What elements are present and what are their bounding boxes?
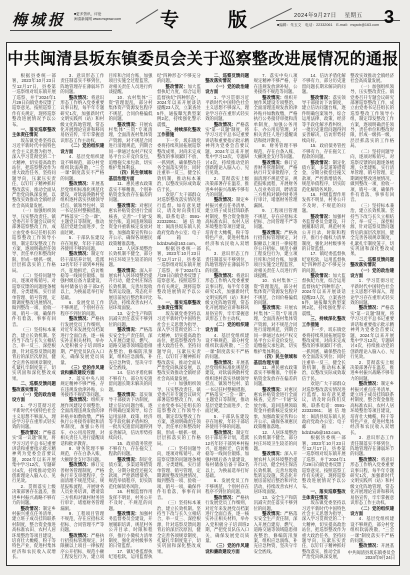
body-paragraph: 整改情况：严格落实“第一议题”制度，将学习习近平总书记重要讲话和重要指示批示精神… <box>350 305 394 359</box>
body-paragraph: 整改情况：制定乡村振兴重点任务清单，建立班子成员挂钩联系村制度，整合资金推进高标… <box>12 506 56 560</box>
paragraph-lead: 整改情况： <box>214 360 236 365</box>
paragraph-lead: 整改情况： <box>69 95 91 100</box>
body-paragraph: 整改情况：深入开展农村人居环境整治提升行动，健全村庄保洁长效机制，完善垃圾收集转… <box>254 451 298 494</box>
paragraph-lead: 整改情况： <box>214 430 236 435</box>
body-paragraph: （一）党的政治建设方面 <box>350 268 394 279</box>
body-paragraph: 整改情况：加强村务监督委员会建设，开展履职培训，规范村务公开目录、时限和程序，推… <box>302 214 346 252</box>
body-paragraph: 整改情况：制定乡村振兴重点任务清单，建立班子成员挂钩联系村制度，整合资金推进高标… <box>350 381 394 435</box>
body-paragraph: 2．贯彻落实上级决策部署存在温差，推进乡村振兴战略不够有力的问题。 <box>205 176 249 198</box>
body-paragraph: 整改情况：开展农村集体“三资”专项清理，全面清查村集体资产资源，对不规范合同进行… <box>109 122 153 171</box>
body-paragraph: 整改情况：严格落实“第一议题”制度，将学习习近平总书记重要讲话和重要指示批示精神… <box>12 430 56 484</box>
body-paragraph: （一）党的政治建设方面 <box>12 392 56 403</box>
paragraph-lead: 整改情况： <box>262 387 284 392</box>
body-paragraph: 下一步，坂东镇党委将持续巩固拓展巡察整改成果，对尚未完成整改的事项紧盯不放、一抓… <box>157 138 201 192</box>
article-box: 中共闽清县坂东镇委员会关于巡察整改进展情况的通报 根据县委统一部署，2023年1… <box>6 42 400 566</box>
body-paragraph: 三、持续深化整改工作措施 <box>157 127 201 138</box>
body-paragraph: 整改情况：将意识形态工作纳入党委重要议事日程，每半年专题研究1次，加强新时代文明… <box>350 457 394 506</box>
body-paragraph: 整改情况：深入开展农村人居环境整治提升行动，健全村庄保洁长效机制，完善垃圾收集转… <box>109 268 153 311</box>
paragraph-lead: 整改情况： <box>262 511 284 516</box>
body-paragraph: 8．财务管理不够规范，存在白条入账、大额现金支付等问题。 <box>60 446 104 462</box>
paragraph-lead: 整改情况： <box>262 160 284 165</box>
body-paragraph: 6．发展党员工作不够规范，个别村存在程序不到位的问题。 <box>205 478 249 494</box>
paragraph-lead: 整改情况： <box>117 203 139 208</box>
body-paragraph: 整改情况：将意识形态工作纳入党委重要议事日程，每半年专题研究1次，加强新时代文明… <box>60 95 104 144</box>
paragraph-lead: 整改情况： <box>117 268 139 273</box>
body-paragraph: 整改情况：对惠民惠农补贴资金进行全面核查，完善“一卡通”发放台账，追回违规领取资… <box>254 387 298 430</box>
body-paragraph: 整改情况：严格落实“第一议题”制度，将学习习近平总书记重要讲话和重要指示批示精神… <box>205 122 249 176</box>
body-paragraph: 整改情况：制定化债方案，多渠道筹措资金，分期分批偿还拖欠款项，严控新增债务，规范… <box>302 160 346 192</box>
body-paragraph: （三）党的作风建设和廉政建设方面 <box>60 365 104 376</box>
body-paragraph: 一、落实巡察整改主体责任情况 <box>157 300 201 311</box>
paragraph-lead: 整改情况： <box>117 457 139 462</box>
body-paragraph: 10．农村集体“三资”管理混乱，部分村集体资产资源发包程序不规范、合同价格偏低的… <box>109 95 153 122</box>
body-paragraph: 整改情况：严格落实安全生产责任制，深入开展自建房、燃气、道路交通等领域隐患排查整… <box>254 511 298 554</box>
section-label-char1: 专 <box>160 5 179 32</box>
body-paragraph: 根据县委统一部署，2023年10月23日至12月17日，县委第一巡察组对坂东镇开… <box>12 73 56 127</box>
body-paragraph: （三）坚持标本兼治，建立长效机制。坚持当下改与长久立相结合，举一反三、深挖根源，… <box>12 327 56 381</box>
weekday-text: 星期五 <box>345 13 363 19</box>
body-paragraph: 整改情况：组织开展作风建设专项整治，全面清理违规发放的津补贴并如数收缴，严格执行… <box>60 397 104 446</box>
body-paragraph: 7．落实中央八项规定精神不够严格，存在违规发放津补贴、公务接待不规范等问题。 <box>60 376 104 398</box>
masthead-info-line2: 闽清新闻网 www.mqxww.com <box>74 17 121 22</box>
signature-date: 2024年9月24日 <box>343 555 395 561</box>
body-paragraph: 整改情况：开展农村集体“三资”专项清理，全面清查村集体资产资源，对不规范合同进行… <box>254 305 298 354</box>
article-signature: 中共闽清县坂东镇委员会 2024年9月24日 <box>340 548 396 562</box>
body-paragraph: 14．信访矛盾化解不够有力，部分历史遗留问题长期未解决的问题。 <box>109 370 153 392</box>
body-paragraph: 15．政府债务管控不够有力，存在拖欠工程款的问题。 <box>109 441 153 457</box>
paragraph-lead: 整改情况： <box>117 122 139 127</box>
body-paragraph: （二）党的组织建设方面 <box>205 322 249 333</box>
body-paragraph: 整改情况：制定年轻干部培养计划，选派12名年轻干部到乡村振兴、征地拆迁、信访维稳… <box>205 430 249 479</box>
body-paragraph: 一、落实巡察整改主体责任情况 <box>12 127 56 138</box>
paragraph-lead: 整改情况： <box>21 506 43 511</box>
paragraph-lead: 整改情况： <box>214 122 236 127</box>
body-paragraph: 欢迎广大干部群众对巡察整改落实情况进行监督。如有意见建议，请及时向我们反映。联系… <box>302 381 346 435</box>
paragraph-lead: 整改情况： <box>117 392 139 397</box>
body-paragraph: （三）党的作风建设和廉政建设方面 <box>205 543 249 554</box>
body-paragraph: 整改情况：修订完善财务管理制度，严格执行开支审批程序，全面清理不规范凭证，规范报… <box>254 160 298 209</box>
paragraph-lead: 整改情况： <box>69 181 91 186</box>
paragraph-lead: 整改情况： <box>310 214 332 219</box>
body-paragraph: 整改情况：严格执行发展党员工作细则，对近年来发展党员档案进行全面自查，逐一核实补… <box>60 316 104 365</box>
paragraph-lead: 整改情况： <box>310 273 332 278</box>
body-paragraph: 5．干部队伍建设存在短板，年轻干部培养使用不够的问题。 <box>205 414 249 430</box>
body-paragraph: 整改情况：严格执行发展党员工作细则，对近年来发展党员档案进行全面自查，逐一核实补… <box>205 495 249 544</box>
paragraph-lead: 整改情况： <box>166 84 188 89</box>
body-paragraph: 13．安全生产和防汛减灾责任落实不够到位的问题。 <box>254 495 298 511</box>
body-paragraph: 坂东镇党委坚持以习近平新时代中国特色社会主义思想为指导，深入学习贯彻党的二十大精… <box>12 138 56 208</box>
paragraph-lead: 整改情况： <box>117 511 139 516</box>
body-paragraph: 5．干部队伍建设存在短板，年轻干部培养使用不够的问题。 <box>60 235 104 251</box>
body-paragraph: 整改情况：制定乡村振兴重点任务清单，建立班子成员挂钩联系村制度，整合资金推进高标… <box>205 197 249 251</box>
body-paragraph: 10．农村集体“三资”管理混乱，部分村集体资产资源发包程序不规范、合同价格偏低的… <box>254 278 298 305</box>
paragraph-lead: 整改情况： <box>214 197 236 202</box>
paragraph-lead: 整改情况： <box>310 95 332 100</box>
body-paragraph: （一）加强组织领导，压实整改责任。镇党委召开专题会议研究部署巡察整改工作，成立由… <box>12 208 56 273</box>
paragraph-lead: 整改情况： <box>214 495 236 500</box>
body-paragraph: 13．安全生产和防汛减灾责任落实不够到位的问题。 <box>109 311 153 327</box>
body-paragraph: 1．学习贯彻习近平新时代中国特色社会主义思想不够深入，理论学习存在重形式轻实效的… <box>350 278 394 305</box>
body-paragraph: （二）坚持问题导向，逐项对账销号。对巡察反馈的问题逐条梳理、分类建账，实行清单管… <box>12 273 56 327</box>
body-paragraph: 3．意识形态工作责任制落实不够到位，阵地管理存在薄弱环节的问题。 <box>350 435 394 457</box>
editor-contact-line: ■编辑：朱玉文 电话：22332061 E-mail：mqxcb@163.com <box>277 23 379 28</box>
body-paragraph: 整改情况：将意识形态工作纳入党委重要议事日程，每半年专题研究1次，加强新时代文明… <box>205 273 249 322</box>
body-paragraph: （一）加强组织领导，压实整改责任。镇党委召开专题会议研究部署巡察整改工作，成立由… <box>350 84 394 149</box>
paragraph-lead: 整改情况： <box>310 160 332 165</box>
article-headline: 中共闽清县坂东镇委员会关于巡察整改进展情况的通报 <box>7 46 399 69</box>
body-paragraph: 整改情况：制定化债方案，多渠道筹措资金，分期分批偿还拖欠款项，严控新增债务，规范… <box>109 457 153 489</box>
body-paragraph: 整改情况：严格执行招投标管理规定，对限额以上项目一律按程序公开招标，规范小额工程… <box>254 230 298 279</box>
body-paragraph: 6．发展党员工作不够规范，个别村存在程序不到位的问题。 <box>60 300 104 316</box>
paragraph-lead: 整改情况： <box>69 397 91 402</box>
body-paragraph: （二）坚持问题导向，逐项对账销号。对巡察反馈的问题逐条梳理、分类建账，实行清单管… <box>350 149 394 203</box>
body-paragraph: 16．村级监督作用发挥不明显，村务公开不及时、不规范的问题。 <box>302 192 346 214</box>
body-paragraph: 整改情况：加强村务监督委员会建设，开展履职培训，规范村务公开目录、时限和程序，推… <box>109 511 153 549</box>
paragraph-lead: 整改情况： <box>359 305 381 310</box>
body-paragraph: 整改情况：开展基层党组织标准化规范化建设，对软弱涣散村党组织逐村落实县级领导挂点… <box>205 360 249 414</box>
body-paragraph: 整改情况：落实领导干部接访下访制度，建立信访问题台账，逐件明确包案领导，综合运用… <box>302 95 346 144</box>
date-divider <box>276 20 400 21</box>
body-paragraph: （二）党的组织建设方面 <box>60 143 104 154</box>
body-paragraph: 17．镇纪委监督执纪宽松软，运用监督执纪“四种形态”不够充分的问题。 <box>302 251 346 273</box>
paragraph-lead: 整改情况： <box>214 273 236 278</box>
body-paragraph: 12．人居环境整治长效机制不健全，部分村庄环境卫生较差的问题。 <box>109 246 153 268</box>
article-body: 根据县委统一部署，2023年10月23日至12月17日，县委第一巡察组对坂东镇开… <box>12 73 394 561</box>
paragraph-lead: 整改情况： <box>69 462 91 467</box>
paragraph-lead: 整改情况： <box>69 533 91 538</box>
body-paragraph: （二）党的组织建设方面 <box>350 506 394 517</box>
body-paragraph: 3．意识形态工作责任制落实不够到位，阵地管理存在薄弱环节的问题。 <box>205 251 249 273</box>
body-paragraph: 整改情况：严格落实安全生产责任制，深入开展自建房、燃气、道路交通等领域隐患排查整… <box>109 327 153 370</box>
body-paragraph: （一）党的政治建设方面 <box>205 84 249 95</box>
body-paragraph: 整改情况：修订完善财务管理制度，严格执行开支审批程序，全面清理不规范凭证，规范报… <box>60 462 104 511</box>
body-paragraph: 欢迎广大干部群众对巡察整改落实情况进行监督。如有意见建议，请及时向我们反映。联系… <box>157 192 201 246</box>
body-paragraph: 整改情况：落实领导干部接访下访制度，建立信访问题台账，逐件明确包案领导，综合运用… <box>109 392 153 441</box>
body-paragraph: 3．意识形态工作责任制落实不够到位，阵地管理存在薄弱环节的问题。 <box>60 73 104 95</box>
page-header: 梅城报 ■更多资讯，评论 闽清新闻网 www.mqxww.com 专 版 202… <box>0 0 410 41</box>
body-paragraph: 15．政府债务管控不够有力，存在拖欠工程款的问题。 <box>302 143 346 159</box>
body-paragraph: 一、落实巡察整改主体责任情况 <box>302 489 346 500</box>
paragraph-lead: 整改情况： <box>359 381 381 386</box>
masthead-info: ■更多资讯，评论 闽清新闻网 www.mqxww.com <box>74 12 121 22</box>
body-paragraph: 根据县委统一部署，2023年10月23日至12月17日，县委第一巡察组对坂东镇开… <box>302 435 346 489</box>
section-label-char2: 版 <box>228 5 247 32</box>
body-paragraph: 整改情况：加大监督执纪力度，综合运用监督执纪“四种形态”，2024年以来开展谈话… <box>157 84 201 127</box>
body-paragraph: 7．落实中央八项规定精神不够严格，存在违规发放津补贴、公务接待不规范等问题。 <box>254 73 298 95</box>
body-paragraph: 整改情况：对惠民惠农补贴资金进行全面核查，完善“一卡通”发放台账，追回违规领取资… <box>109 203 153 246</box>
body-paragraph: 二、巡察反馈问题整改落实情况 <box>205 73 249 84</box>
issue-date: 2024年9月27日星期五 <box>294 11 363 19</box>
paragraph-lead: 整改情况： <box>359 457 381 462</box>
body-paragraph: 整改情况：组织开展作风建设专项整治，全面清理违规发放的津补贴并如数收缴，严格执行… <box>254 95 298 144</box>
newspaper-logo: 梅城报 <box>12 9 66 30</box>
body-paragraph: （一）加强组织领导，压实整改责任。镇党委召开专题会议研究部署巡察整改工作，成立由… <box>157 381 201 446</box>
body-paragraph: 整改情况：开展基层党组织标准化规范化建设，对软弱涣散村党组织逐村落实县级领导挂点… <box>60 181 104 235</box>
paragraph-lead: 整改情况： <box>262 230 284 235</box>
body-paragraph: 8．财务管理不够规范，存在白条入账、大额现金支付等问题。 <box>254 143 298 159</box>
paragraph-lead: 整改情况： <box>117 327 139 332</box>
body-paragraph: （三）坚持标本兼治，建立长效机制。坚持当下改与长久立相结合，举一反三、深挖根源，… <box>157 500 201 554</box>
body-paragraph: （四）民生领域和基层治理方面 <box>109 170 153 181</box>
body-paragraph: （二）坚持问题导向，逐项对账销号。对巡察反馈的问题逐条梳理、分类建账，实行清单管… <box>157 446 201 500</box>
body-paragraph: 整改情况：加大监督执纪力度，综合运用监督执纪“四种形态”，2024年以来开展谈话… <box>302 273 346 316</box>
paragraph-lead: 整改情况： <box>69 316 91 321</box>
body-paragraph: 11．惠民惠农政策落实不够精准，个别补贴资金发放存在偏差的问题。 <box>109 181 153 203</box>
body-paragraph: 4．基层党组织建设不够规范，部分村党组织软弱涣散，“三会一课”制度落实不严格的问… <box>205 333 249 360</box>
body-paragraph: 1．学习贯彻习近平新时代中国特色社会主义思想不够深入，理论学习存在重形式轻实效的… <box>205 95 249 122</box>
paragraph-lead: 整改情况： <box>21 430 43 435</box>
body-paragraph: 4．基层党组织建设不够规范，部分村党组织软弱涣散，“三会一课”制度落实不严格的问… <box>350 516 394 543</box>
body-paragraph: 根据县委统一部署，2023年10月23日至12月17日，县委第一巡察组对坂东镇开… <box>157 246 201 300</box>
paragraph-lead: 整改情况： <box>262 305 284 310</box>
body-paragraph: 1．学习贯彻习近平新时代中国特色社会主义思想不够深入，理论学习存在重形式轻实效的… <box>12 403 56 430</box>
body-paragraph: 11．惠民惠农政策落实不够精准，个别补贴资金发放存在偏差的问题。 <box>254 365 298 387</box>
body-paragraph: 2．贯彻落实上级决策部署存在温差，推进乡村振兴战略不够有力的问题。 <box>350 360 394 382</box>
body-paragraph: 三、持续深化整改工作措施 <box>302 316 346 327</box>
body-paragraph: 坂东镇党委坚持以习近平新时代中国特色社会主义思想为指导，深入学习贯彻党的二十大精… <box>157 311 201 381</box>
date-text: 2024年9月27日 <box>294 13 337 19</box>
body-paragraph: 9．工程项目管理不规范，存在应招标未招标、合同管理不严等问题。 <box>60 511 104 533</box>
body-paragraph: （三）坚持标本兼治，建立长效机制。坚持当下改与长久立相结合，举一反三、深挖根源，… <box>350 203 394 257</box>
body-paragraph: 二、巡察反馈问题整改落实情况 <box>12 381 56 392</box>
body-paragraph: 二、巡察反馈问题整改落实情况 <box>350 257 394 268</box>
body-paragraph: 整改情况：制定年轻干部培养计划，选派12名年轻干部到乡村振兴、征地拆迁、信访维稳… <box>60 251 104 300</box>
paragraph-lead: 整改情况： <box>69 251 91 256</box>
body-paragraph: 14．信访矛盾化解不够有力，部分历史遗留问题长期未解决的问题。 <box>302 73 346 95</box>
slash-divider-left <box>136 9 159 24</box>
body-paragraph: 9．工程项目管理不规范，存在应招标未招标、合同管理不严等问题。 <box>254 208 298 230</box>
body-paragraph: 16．村级监督作用发挥不明显，村务公开不及时、不规范的问题。 <box>109 489 153 511</box>
paragraph-lead: 整改情况： <box>262 95 284 100</box>
body-paragraph: 下一步，坂东镇党委将持续巩固拓展巡察整改成果，对尚未完成整改的事项紧盯不放、一抓… <box>302 327 346 381</box>
masthead-divider <box>10 30 112 31</box>
body-paragraph: （四）民生领域和基层治理方面 <box>254 354 298 365</box>
body-paragraph: 2．贯彻落实上级决策部署存在温差，推进乡村振兴战略不够有力的问题。 <box>12 484 56 506</box>
paragraph-lead: 整改情况： <box>262 451 284 456</box>
page-number: 3 <box>384 7 394 28</box>
body-paragraph: 4．基层党组织建设不够规范，部分村党组织软弱涣散，“三会一课”制度落实不严格的问… <box>60 154 104 181</box>
body-paragraph: 12．人居环境整治长效机制不健全，部分村庄环境卫生较差的问题。 <box>254 430 298 452</box>
